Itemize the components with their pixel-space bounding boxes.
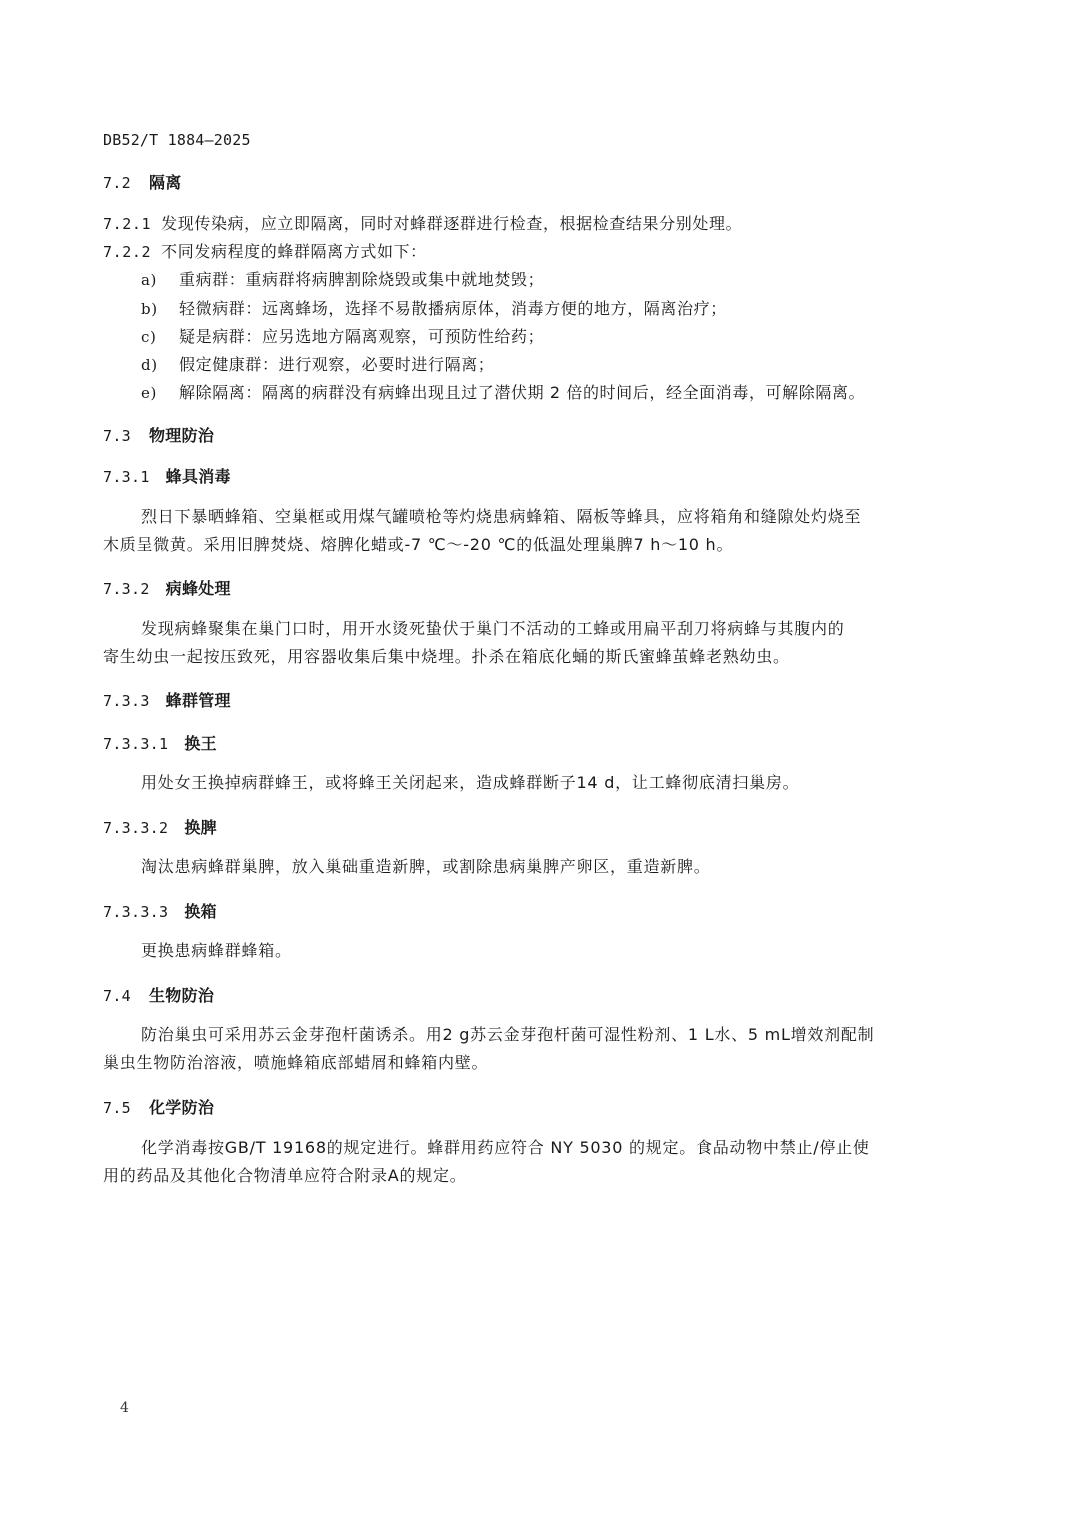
clause-number: 7.2.2	[103, 243, 151, 261]
section-heading-7-3: 7.3物理防治	[103, 423, 214, 446]
clause-7-2-1: 7.2.1发现传染病，应立即隔离，同时对蜂群逐群进行检查，根据检查结果分别处理。	[103, 211, 742, 234]
subsection-heading-7-3-1: 7.3.1蜂具消毒	[103, 464, 231, 487]
list-item: b)轻微病群：远离蜂场，选择不易散播病原体，消毒方便的地方，隔离治疗；	[141, 296, 727, 319]
page-number: 4	[120, 1400, 129, 1416]
section-heading-7-2: 7.2隔离	[103, 170, 182, 193]
standard-code: DB52/T 1884—2025	[103, 131, 251, 149]
subsubsection-title: 换脾	[184, 818, 217, 837]
subsubsection-title: 换箱	[184, 902, 217, 921]
section-title: 化学防治	[149, 1098, 214, 1117]
section-number: 7.5	[103, 1099, 131, 1117]
section-title: 物理防治	[149, 426, 214, 445]
list-marker: c)	[141, 328, 179, 346]
list-marker: d)	[141, 356, 179, 374]
paragraph-line: 木质呈微黄。采用旧脾焚烧、熔脾化蜡或-7 ℃～-20 ℃的低温处理巢脾7 h～1…	[103, 530, 733, 560]
list-marker: e)	[141, 384, 179, 402]
list-item: a)重病群：重病群将病脾割除烧毁或集中就地焚毁；	[141, 267, 544, 290]
subsection-heading-7-3-2: 7.3.2病蜂处理	[103, 576, 231, 599]
paragraph-line: 发现病蜂聚集在巢门口时，用开水烫死蛰伏于巢门不活动的工蜂或用扁平刮刀将病蜂与其腹…	[141, 614, 845, 644]
subsection-title: 蜂具消毒	[166, 467, 231, 486]
list-text: 重病群：重病群将病脾割除烧毁或集中就地焚毁；	[179, 270, 544, 289]
section-number: 7.4	[103, 987, 131, 1005]
section-heading-7-4: 7.4生物防治	[103, 983, 214, 1006]
subsubsection-number: 7.3.3.3	[103, 903, 168, 921]
subsection-title: 蜂群管理	[166, 691, 231, 710]
paragraph-line: 淘汰患病蜂群巢脾，放入巢础重造新脾，或割除患病巢脾产卵区，重造新脾。	[141, 852, 711, 882]
clause-text: 不同发病程度的蜂群隔离方式如下：	[161, 242, 427, 261]
section-number: 7.2	[103, 174, 131, 192]
subsubsection-number: 7.3.3.2	[103, 819, 168, 837]
clause-text: 发现传染病，应立即隔离，同时对蜂群逐群进行检查，根据检查结果分别处理。	[161, 214, 742, 233]
list-marker: b)	[141, 300, 179, 318]
paragraph-line: 化学消毒按GB/T 19168的规定进行。蜂群用药应符合 NY 5030 的规定…	[141, 1133, 870, 1163]
subsubsection-heading-7-3-3-1: 7.3.3.1换王	[103, 731, 217, 754]
paragraph-line: 烈日下暴晒蜂箱、空巢框或用煤气罐喷枪等灼烧患病蜂箱、隔板等蜂具，应将箱角和缝隙处…	[141, 502, 861, 532]
section-title: 生物防治	[149, 986, 214, 1005]
paragraph-line: 更换患病蜂群蜂箱。	[141, 936, 292, 966]
subsection-number: 7.3.1	[103, 468, 150, 486]
section-heading-7-5: 7.5化学防治	[103, 1095, 214, 1118]
clause-number: 7.2.1	[103, 215, 151, 233]
list-text: 轻微病群：远离蜂场，选择不易散播病原体，消毒方便的地方，隔离治疗；	[179, 299, 727, 318]
list-marker: a)	[141, 271, 179, 289]
document-page: DB52/T 1884—2025 7.2隔离 7.2.1发现传染病，应立即隔离，…	[0, 0, 1074, 1520]
paragraph-line: 用处女王换掉病群蜂王，或将蜂王关闭起来，造成蜂群断子14 d，让工蜂彻底清扫巢房…	[141, 768, 799, 798]
section-number: 7.3	[103, 427, 131, 445]
subsection-title: 病蜂处理	[166, 579, 231, 598]
subsubsection-heading-7-3-3-2: 7.3.3.2换脾	[103, 815, 217, 838]
paragraph-line: 防治巢虫可采用苏云金芽孢杆菌诱杀。用2 g苏云金芽孢杆菌可湿性粉剂、1 L水、5…	[141, 1020, 874, 1050]
subsection-number: 7.3.2	[103, 580, 150, 598]
list-text: 疑是病群：应另选地方隔离观察，可预防性给药；	[179, 327, 544, 346]
subsection-number: 7.3.3	[103, 692, 150, 710]
subsubsection-number: 7.3.3.1	[103, 735, 168, 753]
subsubsection-heading-7-3-3-3: 7.3.3.3换箱	[103, 899, 217, 922]
list-item: e)解除隔离：隔离的病群没有病蜂出现且过了潜伏期 2 倍的时间后，经全面消毒，可…	[141, 380, 865, 403]
list-text: 假定健康群：进行观察，必要时进行隔离；	[179, 355, 494, 374]
list-item: c)疑是病群：应另选地方隔离观察，可预防性给药；	[141, 324, 544, 347]
clause-7-2-2: 7.2.2不同发病程度的蜂群隔离方式如下：	[103, 239, 427, 262]
list-text: 解除隔离：隔离的病群没有病蜂出现且过了潜伏期 2 倍的时间后，经全面消毒，可解除…	[179, 383, 865, 402]
list-item: d)假定健康群：进行观察，必要时进行隔离；	[141, 352, 494, 375]
subsection-heading-7-3-3: 7.3.3蜂群管理	[103, 688, 231, 711]
subsubsection-title: 换王	[184, 734, 217, 753]
paragraph-line: 用的药品及其他化合物清单应符合附录A的规定。	[103, 1161, 466, 1191]
paragraph-line: 寄生幼虫一起按压致死，用容器收集后集中烧埋。扑杀在箱底化蛹的斯氏蜜蜂茧蜂老熟幼虫…	[103, 642, 790, 672]
section-title: 隔离	[149, 173, 182, 192]
paragraph-line: 巢虫生物防治溶液，喷施蜂箱底部蜡屑和蜂箱内壁。	[103, 1048, 488, 1078]
